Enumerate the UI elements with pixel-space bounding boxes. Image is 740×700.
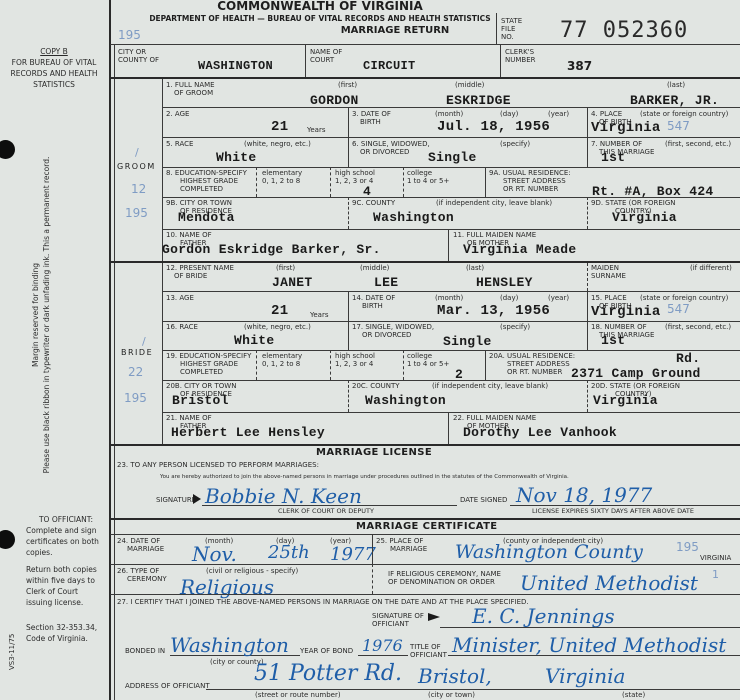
label-text: 3. DATE OF	[352, 110, 391, 118]
court-row-divider	[500, 44, 501, 77]
copy-notice: COPY B FOR BUREAU OF VITAL RECORDS AND H…	[4, 46, 104, 90]
bonded-in-value: Washington	[170, 633, 289, 657]
groom-marriage-number: 1st	[601, 150, 625, 165]
label-text: OFFICIANT	[410, 651, 447, 659]
state-caption: (state)	[622, 691, 645, 699]
copy-line: RECORDS AND HEALTH	[4, 68, 104, 79]
groom-section-label: GROOM	[117, 162, 156, 171]
label-text: 8. EDUCATION-SPECIFY	[166, 169, 247, 177]
place-pencil-code: 195	[676, 540, 699, 554]
department-title: DEPARTMENT OF HEALTH — BUREAU OF VITAL R…	[130, 13, 510, 24]
city-caption: (city or town)	[428, 691, 475, 699]
label-text: 1, 2, 3 or 4	[335, 360, 375, 368]
label-text: CITY OR	[118, 48, 159, 56]
label-text: high school	[335, 352, 375, 360]
bride-age-label: 13. AGE	[166, 294, 194, 302]
label-text: COMPLETED	[166, 368, 251, 376]
row-divider	[110, 534, 740, 535]
label-text: CEREMONY	[117, 575, 167, 583]
label-text: MAIDEN	[591, 264, 626, 272]
label-text: BIRTH	[352, 118, 391, 126]
year-hint: (year)	[548, 294, 569, 302]
groom-name-label: 1. FULL NAME OF GROOM	[166, 81, 215, 97]
row-divider	[162, 321, 740, 322]
groom-mother-name: Virginia Meade	[463, 242, 576, 257]
section-divider	[110, 518, 740, 520]
label-text: 7. NUMBER OF	[591, 140, 654, 148]
col-divider	[372, 564, 373, 594]
bride-residence-label: 20a. USUAL RESIDENCE: STREET ADDRESS OR …	[489, 352, 575, 376]
groom-residence-label: 9a. USUAL RESIDENCE: STREET ADDRESS OR R…	[489, 169, 571, 193]
court-row-bottom	[110, 77, 740, 79]
label-text: OF DENOMINATION OR ORDER	[388, 578, 501, 586]
label-text: 19. EDUCATION-SPECIFY	[166, 352, 251, 360]
label-text: 0, 1, 2 to 8	[262, 360, 302, 368]
bride-pencil-mark: 195	[124, 391, 147, 405]
row-divider	[162, 107, 740, 108]
state-file-number: 77 052360	[560, 18, 688, 43]
bride-last-name: HENSLEY	[476, 275, 533, 290]
date-signed-label: DATE SIGNED	[460, 496, 507, 504]
label-text: HIGHEST GRADE	[166, 177, 247, 185]
officiant-instructions-text: Return both copies within five days to C…	[26, 564, 106, 608]
ceremony-type-label: 26. TYPE OF CEREMONY	[117, 567, 167, 583]
label-text: OR DIVORCED	[352, 148, 430, 156]
first-hint: (first)	[338, 81, 357, 89]
groom-pencil-mark: 195	[125, 206, 148, 220]
section-divider	[110, 261, 740, 263]
elementary-hint: elementary 0, 1, 2 to 8	[262, 352, 302, 368]
label-text: 26. TYPE OF	[117, 567, 167, 575]
bonded-in-label: BONDED IN	[125, 647, 165, 655]
ceremony-hint: (civil or religious - specify)	[206, 567, 298, 575]
col-divider	[348, 197, 349, 229]
college-hint: college 1 to 4 or 5+	[407, 169, 449, 185]
marriage-number-hint: (first, second, etc.)	[665, 323, 731, 331]
last-hint: (last)	[667, 81, 685, 89]
label-text: 15. PLACE	[591, 294, 632, 302]
specify-hint: (specify)	[500, 323, 530, 331]
signature-arrow-icon	[193, 494, 201, 504]
edu-divider	[403, 167, 404, 197]
bride-pencil-mark: 22	[128, 365, 143, 379]
col-divider	[448, 229, 449, 261]
month-hint: (month)	[435, 110, 463, 118]
label-text: OR DIVORCED	[352, 331, 434, 339]
edu-divider	[330, 350, 331, 380]
bride-name-label: 12. PRESENT NAME OF BRIDE	[166, 264, 234, 280]
pob-hint: (state or foreign country)	[640, 110, 728, 118]
col-divider	[372, 534, 373, 564]
years-unit: Years	[307, 126, 325, 134]
officiant-address-line	[206, 689, 740, 690]
marriage-year: 1977	[330, 544, 376, 565]
elementary-hint: elementary 0, 1, 2 to 8	[262, 169, 302, 185]
bride-section-label: BRIDE	[121, 348, 153, 357]
court-row-divider	[305, 44, 306, 77]
label-text: 1. FULL NAME	[166, 81, 215, 89]
label-text: OF GROOM	[166, 89, 215, 97]
denomination: United Methodist	[520, 571, 698, 595]
groom-middle-name: ESKRIDGE	[446, 93, 511, 108]
label-text: NUMBER	[505, 56, 536, 64]
bride-status-label: 17. SINGLE, WIDOWED, OR DIVORCED	[352, 323, 434, 339]
middle-hint: (middle)	[455, 81, 484, 89]
form-name: MARRIAGE RETURN	[280, 24, 510, 38]
bond-year-value: 1976	[362, 636, 403, 655]
pob-hint: (state or foreign country)	[640, 294, 728, 302]
label-text: STREET ADDRESS	[489, 177, 571, 185]
label-text: HIGHEST GRADE	[166, 360, 251, 368]
bride-state: Virginia	[593, 393, 658, 408]
officiant-street: 51 Potter Rd.	[254, 661, 402, 686]
groom-education-label: 8. EDUCATION-SPECIFY HIGHEST GRADE COMPL…	[166, 169, 247, 193]
license-addressee: 23. TO ANY PERSON LICENSED TO PERFORM MA…	[117, 461, 319, 469]
maiden-surname-label: MAIDEN SURNAME	[591, 264, 626, 280]
label-text: TITLE OF	[410, 643, 447, 651]
officiant-instructions-title: TO OFFICIANT:	[26, 514, 106, 525]
groom-father-name: Gordon Eskridge Barker, Sr.	[162, 242, 381, 257]
officiant-signature: E. C. Jennings	[472, 604, 615, 628]
officiant-address-label: ADDRESS OF OFFICIANT	[125, 682, 210, 690]
bond-year-line	[358, 655, 408, 656]
edu-divider	[256, 350, 257, 380]
groom-city: Mendota	[178, 210, 235, 225]
groom-county: Washington	[373, 210, 454, 225]
bride-middle-name: LEE	[374, 275, 398, 290]
officiant-signature-label: SIGNATURE OF OFFICIANT	[372, 612, 424, 628]
edu-divider	[403, 350, 404, 380]
label-text: 9d. STATE (OR FOREIGN	[591, 199, 676, 207]
bride-mother-name: Dorothy Lee Vanhook	[463, 425, 617, 440]
label-text: high school	[335, 169, 375, 177]
label-text: 21. NAME OF	[166, 414, 212, 422]
label-text: elementary	[262, 169, 302, 177]
denomination-label: IF RELIGIOUS CEREMONY, NAME OF DENOMINAT…	[388, 570, 501, 586]
city-county-value: WASHINGTON	[198, 59, 273, 73]
court-name-value: CIRCUIT	[363, 59, 416, 73]
bride-pob: Virginia	[591, 304, 661, 320]
label-text: 0, 1, 2 to 8	[262, 177, 302, 185]
groom-state: Virginia	[612, 210, 677, 225]
label-text: COURT	[310, 56, 342, 64]
label-text: SIGNATURE OF	[372, 612, 424, 620]
signer-caption: CLERK OF COURT OR DEPUTY	[278, 507, 374, 515]
bride-city: Bristol	[172, 393, 229, 408]
bride-pencil-mark: /	[142, 335, 146, 348]
groom-age-label: 2. AGE	[166, 110, 189, 118]
label-text: MARRIAGE	[376, 545, 427, 553]
label-text: COMPLETED	[166, 185, 247, 193]
place-state: VIRGINIA	[700, 554, 731, 562]
high-school-hint: high school 1, 2, 3 or 4	[335, 352, 375, 368]
pob-pencil-code: 547	[667, 302, 690, 316]
clerk-number-value: 387	[567, 59, 592, 73]
groom-county-label: 9c. COUNTY	[352, 199, 395, 207]
day-hint: (day)	[500, 110, 518, 118]
row-divider	[162, 137, 740, 138]
section-divider	[110, 444, 740, 446]
county-hint: (if independent city, leave blank)	[436, 199, 552, 207]
bride-county: Washington	[365, 393, 446, 408]
officiant-city: Bristol,	[418, 664, 492, 688]
label-text: 9a. USUAL RESIDENCE:	[489, 169, 571, 177]
groom-pencil-mark: /	[135, 146, 139, 159]
label-text: MARRIAGE	[117, 545, 164, 553]
binding-margin-note: Margin reserved for binding Please use b…	[30, 150, 52, 480]
label-text: CLERK'S	[505, 48, 536, 56]
last-hint: (last)	[466, 264, 484, 272]
row-divider	[162, 291, 740, 292]
groom-last-name: BARKER, JR.	[630, 93, 719, 108]
label-text: 14. DATE OF	[352, 294, 395, 302]
license-authorization: You are hereby authorized to join the ab…	[160, 474, 569, 480]
denomination-pencil-mark: 1	[712, 568, 719, 581]
label-text: college	[407, 169, 449, 177]
label-text: 9b. CITY OR TOWN	[166, 199, 232, 207]
label-text: 17. SINGLE, WIDOWED,	[352, 323, 434, 331]
license-expiry-note: LICENSE EXPIRES SIXTY DAYS AFTER ABOVE D…	[532, 507, 694, 515]
signature-label: SIGNATURE	[156, 496, 196, 504]
certificate-title: MARRIAGE CERTIFICATE	[356, 521, 498, 532]
clerk-number-label: CLERK'S NUMBER	[505, 48, 536, 64]
ink-instruction-text: Please use black ribbon in typewriter or…	[41, 150, 52, 480]
ceremony-type: Religious	[180, 575, 274, 599]
col-divider	[448, 412, 449, 444]
label-text: OFFICIANT	[372, 620, 424, 628]
bride-race-label: 16. RACE	[166, 323, 198, 331]
court-name-label: NAME OF COURT	[310, 48, 342, 64]
label-text: 25. PLACE OF	[376, 537, 427, 545]
bride-age: 21	[271, 303, 288, 319]
frame-left	[109, 0, 111, 700]
label-text: 10. NAME OF	[166, 231, 212, 239]
groom-pencil-mark: 12	[131, 182, 146, 196]
certification-statement: 27. I CERTIFY THAT I JOINED THE ABOVE-NA…	[117, 598, 529, 606]
row-divider	[110, 594, 740, 595]
binding-hole-top	[0, 140, 15, 159]
month-hint: (month)	[435, 294, 463, 302]
edu-divider	[330, 167, 331, 197]
groom-race-label: 5. RACE	[166, 140, 193, 148]
maiden-hint: (if different)	[690, 264, 732, 272]
label-text: IF RELIGIOUS CEREMONY, NAME	[388, 570, 501, 578]
officiant-title-value: Minister, United Methodist	[452, 633, 726, 657]
specify-hint: (specify)	[500, 140, 530, 148]
day-hint: (day)	[500, 294, 518, 302]
bride-education-label: 19. EDUCATION-SPECIFY HIGHEST GRADE COMP…	[166, 352, 251, 376]
col-divider	[348, 380, 349, 412]
groom-race: White	[216, 150, 257, 165]
first-hint: (first)	[276, 264, 295, 272]
clerk-signature: Bobbie N. Keen	[205, 484, 362, 508]
court-row-top	[110, 44, 740, 45]
label-text: OR RT. NUMBER	[489, 185, 571, 193]
label-text: NO.	[501, 33, 522, 41]
bride-marital-status: Single	[443, 334, 492, 349]
label-text: 11. FULL MAIDEN NAME	[453, 231, 536, 239]
label-text: 20b. CITY OR TOWN	[166, 382, 236, 390]
years-unit: Years	[310, 311, 328, 319]
label-text: 20a. USUAL RESIDENCE:	[489, 352, 575, 360]
state-title: COMMONWEALTH OF VIRGINIA	[130, 0, 510, 13]
margin-reserved-text: Margin reserved for binding	[30, 150, 41, 480]
marriage-place: Washington County	[455, 541, 643, 563]
bride-dob-label: 14. DATE OF BIRTH	[352, 294, 395, 310]
col-divider	[587, 263, 588, 291]
label-text: 1 to 4 or 5+	[407, 177, 449, 185]
date-signed-value: Nov 18, 1977	[516, 483, 652, 507]
race-hint: (white, negro, etc.)	[244, 323, 311, 331]
label-text: 22. FULL MAIDEN NAME	[453, 414, 536, 422]
label-text: FILE	[501, 25, 522, 33]
label-text: 24. DATE OF	[117, 537, 164, 545]
label-text: 4. PLACE	[591, 110, 632, 118]
groom-pob: Virginia	[591, 120, 661, 136]
row-divider	[162, 197, 740, 198]
marriage-month: Nov.	[192, 542, 237, 566]
bride-residence-line2: 2371 Camp Ground	[571, 366, 701, 381]
frame-left-inner	[114, 44, 115, 700]
bride-county-label: 20c. COUNTY	[352, 382, 400, 390]
high-school-hint: high school 1, 2, 3 or 4	[335, 169, 375, 185]
label-text: OF BRIDE	[166, 272, 234, 280]
label-text: OR RT. NUMBER	[489, 368, 575, 376]
binding-hole-bottom	[0, 530, 15, 549]
bride-marriage-number: 1st	[601, 333, 625, 348]
pob-pencil-code: 547	[667, 119, 690, 133]
col-divider	[485, 350, 486, 380]
officiant-instructions-text: Complete and sign certificates on both c…	[26, 525, 106, 558]
header-divider	[496, 13, 497, 44]
groom-age: 21	[271, 119, 288, 135]
copy-title: COPY B	[4, 46, 104, 57]
col-divider	[485, 167, 486, 197]
row-divider	[110, 564, 740, 565]
marriage-return-form: COPY B FOR BUREAU OF VITAL RECORDS AND H…	[0, 0, 740, 700]
officiant-title-label: TITLE OF OFFICIANT	[410, 643, 447, 659]
row-divider	[162, 350, 740, 351]
marriage-day: 25th	[268, 542, 310, 563]
bride-race: White	[234, 333, 275, 348]
marriage-place-label: 25. PLACE OF MARRIAGE	[376, 537, 427, 553]
officiant-state: Virginia	[545, 664, 625, 688]
label-text: NAME OF	[310, 48, 342, 56]
label-text: 20d. STATE (OR FOREIGN	[591, 382, 680, 390]
label-text: BIRTH	[352, 302, 395, 310]
edu-divider	[256, 167, 257, 197]
pencil-code: 195	[118, 28, 141, 42]
signature-arrow-icon	[428, 613, 440, 621]
label-text: 12. PRESENT NAME	[166, 264, 234, 272]
row-divider	[162, 380, 740, 381]
bond-year-label: YEAR OF BOND	[300, 647, 353, 655]
city-county-label: CITY OR COUNTY OF	[118, 48, 159, 64]
label-text: college	[407, 352, 449, 360]
groom-dob-label: 3. DATE OF BIRTH	[352, 110, 391, 126]
bride-dob: Mar. 13, 1956	[437, 303, 550, 319]
marriage-number-hint: (first, second, etc.)	[665, 140, 731, 148]
bride-first-name: JANET	[272, 275, 313, 290]
race-hint: (white, negro, etc.)	[244, 140, 311, 148]
groom-marital-status: Single	[428, 150, 477, 165]
college-hint: college 1 to 4 or 5+	[407, 352, 449, 368]
license-title: MARRIAGE LICENSE	[316, 447, 432, 458]
groom-status-label: 6. SINGLE, WIDOWED, OR DIVORCED	[352, 140, 430, 156]
col-divider	[587, 197, 588, 229]
state-file-label: STATE FILE NO.	[501, 17, 522, 41]
label-text: STREET ADDRESS	[489, 360, 575, 368]
label-text: 6. SINGLE, WIDOWED,	[352, 140, 430, 148]
col-divider	[587, 380, 588, 412]
label-text: SURNAME	[591, 272, 626, 280]
groom-first-name: GORDON	[310, 93, 359, 108]
label-text: STATE	[501, 17, 522, 25]
bride-residence-line1: Rd.	[676, 351, 700, 366]
row-divider	[162, 229, 740, 230]
row-divider	[162, 412, 740, 413]
year-hint: (year)	[548, 110, 569, 118]
copy-line: STATISTICS	[4, 79, 104, 90]
county-hint: (if independent city, leave blank)	[432, 382, 548, 390]
middle-hint: (middle)	[360, 264, 389, 272]
groom-dob: Jul. 18, 1956	[437, 119, 550, 135]
label-text: 18. NUMBER OF	[591, 323, 654, 331]
label-text: elementary	[262, 352, 302, 360]
statute-reference: Section 32-353.34, Code of Virginia.	[26, 622, 106, 644]
marriage-date-label: 24. DATE OF MARRIAGE	[117, 537, 164, 553]
officiant-instructions: TO OFFICIANT: Complete and sign certific…	[26, 514, 106, 644]
copy-line: FOR BUREAU OF VITAL	[4, 57, 104, 68]
label-text: COUNTY OF	[118, 56, 159, 64]
label-text: 1 to 4 or 5+	[407, 360, 449, 368]
form-header: COMMONWEALTH OF VIRGINIA DEPARTMENT OF H…	[130, 0, 510, 38]
row-divider	[162, 167, 740, 168]
bride-father-name: Herbert Lee Hensley	[171, 425, 325, 440]
street-caption: (street or route number)	[255, 691, 341, 699]
form-code: VS3-11/75	[8, 634, 16, 670]
